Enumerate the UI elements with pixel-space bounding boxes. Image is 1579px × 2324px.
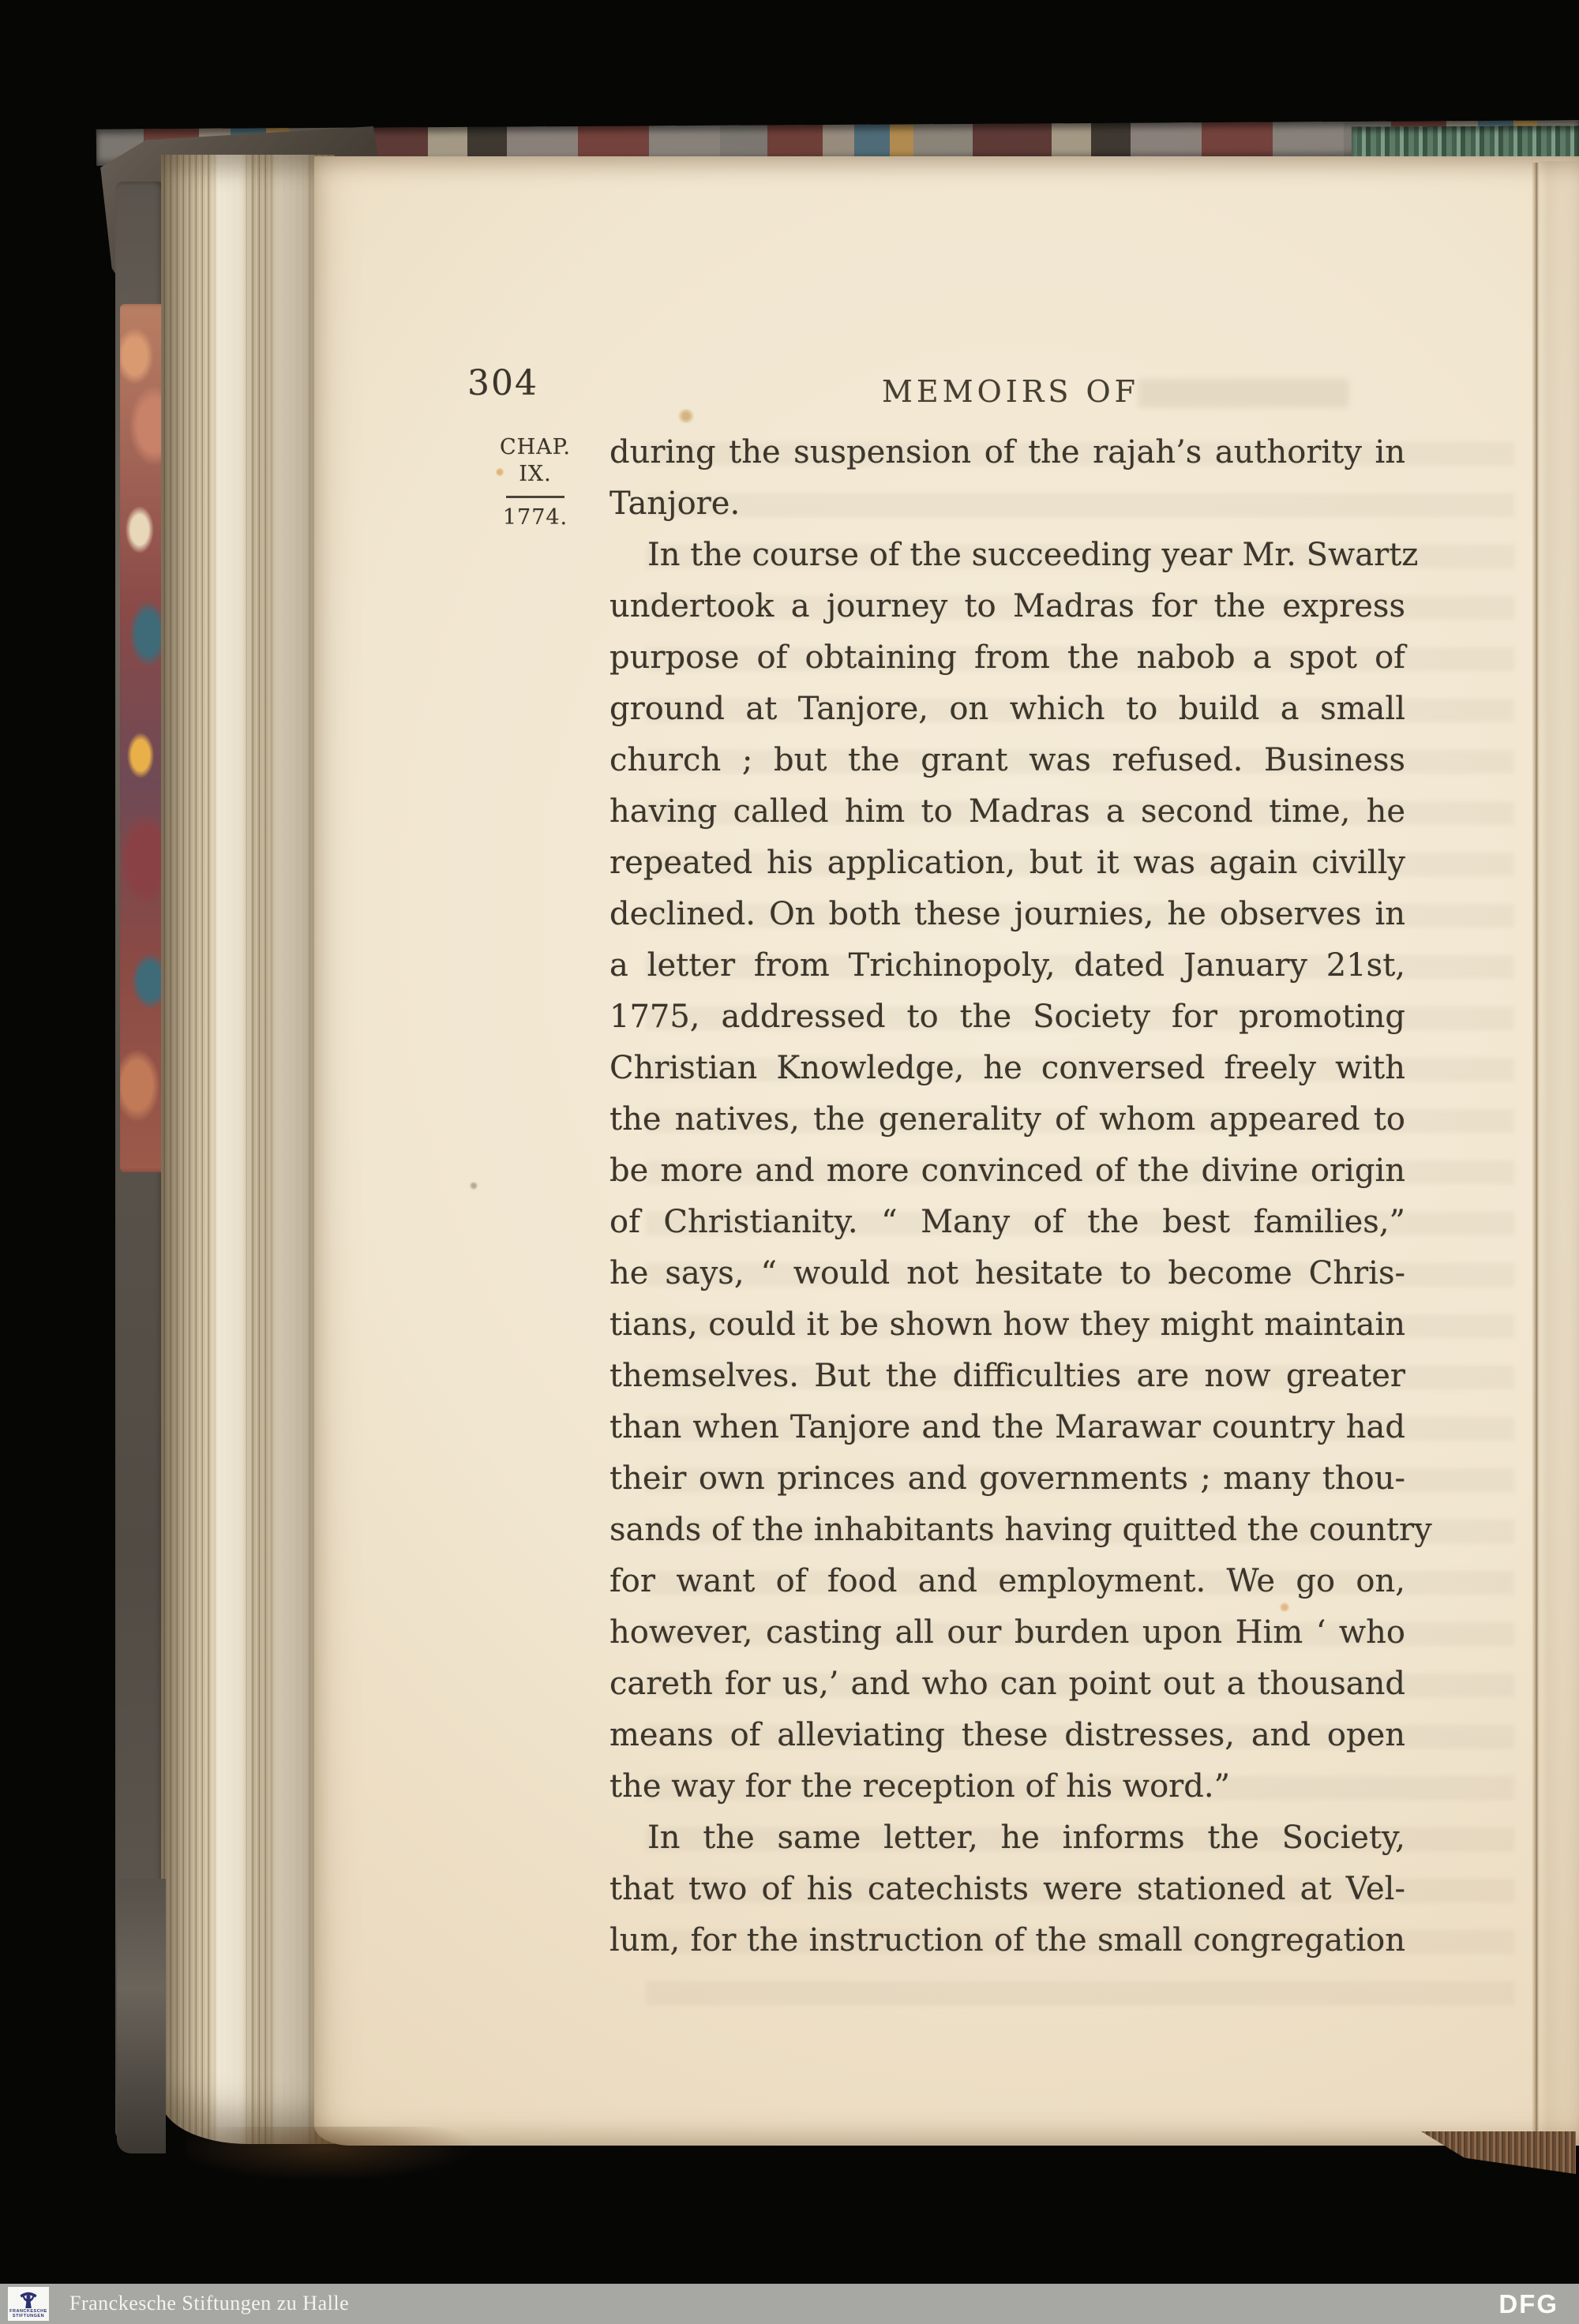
text-line: church ; but the grant was refused. Busi… xyxy=(609,735,1405,786)
text-line: In the same letter, he informs the Socie… xyxy=(609,1812,1405,1864)
chapter-number: IX. xyxy=(488,461,583,488)
text-line: having called him to Madras a second tim… xyxy=(609,786,1405,838)
franckesche-emblem-icon xyxy=(17,2288,40,2309)
margin-note: CHAP. IX. 1774. xyxy=(488,434,583,531)
margin-rule xyxy=(506,496,564,498)
text-line: for want of food and employment. We go o… xyxy=(609,1556,1405,1607)
franckesche-logo: FRANCKESCHE STIFTUNGEN xyxy=(8,2287,49,2321)
text-line: of Christianity. “ Many of the best fami… xyxy=(609,1197,1405,1248)
text-line: 1775, addressed to the Society for promo… xyxy=(609,991,1405,1043)
page-bottom-edge-right xyxy=(1421,2131,1576,2174)
page-gutter-crease xyxy=(1532,163,1541,2135)
page-edges-stack xyxy=(161,155,335,2144)
foxing-spot xyxy=(471,1183,477,1189)
text-line: Christian Knowledge, he conversed freely… xyxy=(609,1043,1405,1094)
margin-year: 1774. xyxy=(488,504,583,531)
dfg-logo: DFG xyxy=(1498,2289,1558,2319)
running-header: MEMOIRS OF xyxy=(851,374,1170,409)
text-line: undertook a journey to Madras for the ex… xyxy=(609,581,1405,632)
book-scan-scene: 304 MEMOIRS OF CHAP. IX. 1774. during th… xyxy=(0,0,1579,2324)
franckesche-logo-text: FRANCKESCHE STIFTUNGEN xyxy=(9,2309,47,2318)
foxing-spot xyxy=(677,409,695,423)
chapter-label: CHAP. xyxy=(488,434,583,461)
facing-page-sliver xyxy=(1535,161,1579,2144)
text-line: means of alleviating these distresses, a… xyxy=(609,1710,1405,1761)
body-text: during the suspension of the rajah’s aut… xyxy=(609,427,1405,1966)
text-line: ground at Tanjore, on which to build a s… xyxy=(609,684,1405,735)
page-bottom-shadow-left xyxy=(186,2127,549,2196)
text-line: declined. On both these journies, he obs… xyxy=(609,889,1405,940)
text-line: lum, for the instruction of the small co… xyxy=(609,1915,1405,1966)
text-line: that two of his catechists were statione… xyxy=(609,1864,1405,1915)
cover-corner-bottom-left xyxy=(117,1879,166,2153)
text-line: sands of the inhabitants having quitted … xyxy=(609,1505,1405,1556)
text-line: their own princes and governments ; many… xyxy=(609,1453,1405,1505)
text-line: he says, “ would not hesitate to become … xyxy=(609,1248,1405,1299)
text-line: however, casting all our burden upon Him… xyxy=(609,1607,1405,1659)
page-number: 304 xyxy=(467,363,538,403)
text-line: themselves. But the difficulties are now… xyxy=(609,1351,1405,1402)
text-line: the natives, the generality of whom appe… xyxy=(609,1094,1405,1145)
text-line: tians, could it be shown how they might … xyxy=(609,1299,1405,1351)
digitization-footer-bar: FRANCKESCHE STIFTUNGEN Franckesche Stift… xyxy=(0,2284,1579,2324)
text-line: careth for us,’ and who can point out a … xyxy=(609,1659,1405,1710)
text-line: a letter from Trichinopoly, dated Januar… xyxy=(609,940,1405,991)
text-line: than when Tanjore and the Marawar countr… xyxy=(609,1402,1405,1453)
text-line: Tanjore. xyxy=(609,478,1405,530)
text-line: the way for the reception of his word.” xyxy=(609,1761,1405,1812)
text-line: repeated his application, but it was aga… xyxy=(609,838,1405,889)
footer-institution: Franckesche Stiftungen zu Halle xyxy=(69,2292,349,2315)
text-line: purpose of obtaining from the nabob a sp… xyxy=(609,632,1405,684)
text-line: during the suspension of the rajah’s aut… xyxy=(609,427,1405,478)
franckesche-logo-line2: STIFTUNGEN xyxy=(9,2314,47,2318)
text-line: In the course of the succeeding year Mr.… xyxy=(609,530,1405,581)
text-line: be more and more convinced of the divine… xyxy=(609,1145,1405,1197)
